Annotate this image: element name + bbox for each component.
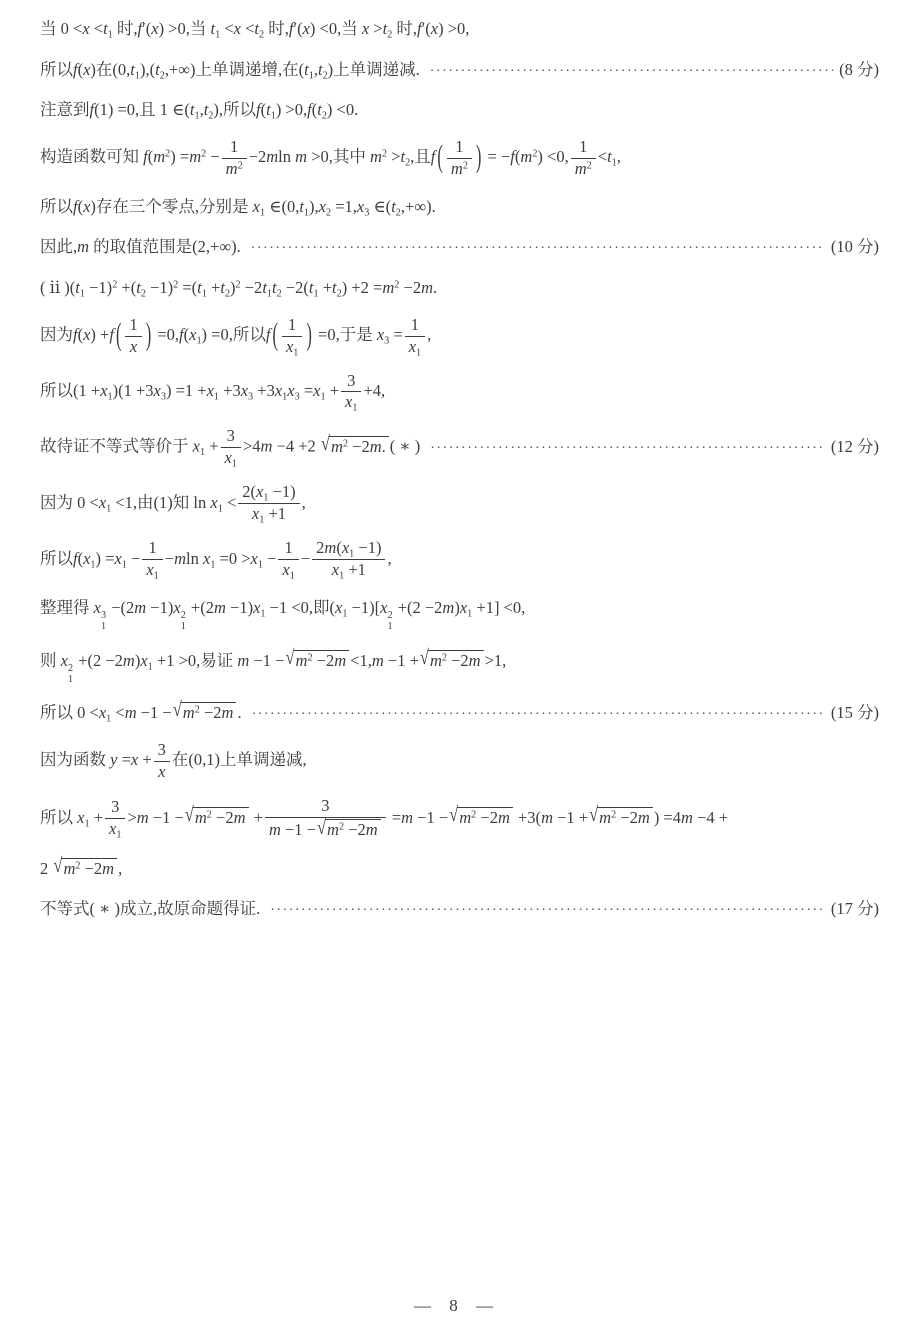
math-text: 因为f(x) +f(1x) =0,f(x1) =0,所以f(1x1) =0,于是…	[40, 325, 431, 344]
dotted-leader: ········································…	[430, 61, 833, 83]
score-label: (12 分)	[831, 434, 879, 460]
math-text: 所以f(x)在(0,t1),(t2,+∞)上单调递增,在(t1,t2)上单调递减…	[40, 57, 420, 83]
math-text: 因此,m 的取值范围是(2,+∞).	[40, 234, 241, 260]
math-line: 2 √m2 −2m,	[40, 856, 879, 882]
math-line: 所以 x1 +3x1>m −1 −√m2 −2m +3m −1 −√m2 −2m…	[40, 797, 879, 841]
page-number: — 8 —	[0, 1296, 907, 1316]
math-line: 则 x21 +(2 −2m)x1 +1 >0,易证 m −1 −√m2 −2m<…	[40, 648, 879, 686]
dotted-leader: ········································…	[252, 704, 825, 726]
math-text: 所以 0 <x1 <m −1 −√m2 −2m.	[40, 700, 242, 726]
math-text: 构造函数可知 f(m2) =m2 −1m2−2mln m >0,其中 m2 >t…	[40, 147, 621, 166]
solution-page: 当 0 <x <t1 时,f′(x) >0,当 t1 <x <t2 时,f′(x…	[0, 0, 907, 922]
math-text: 因为函数 y =x +3x在(0,1)上单调递减,	[40, 750, 307, 769]
math-line: 因为f(x) +f(1x) =0,f(x1) =0,所以f(1x1) =0,于是…	[40, 316, 879, 357]
math-line: 整理得 x31 −(2m −1)x21 +(2m −1)x1 −1 <0,即(x…	[40, 595, 879, 633]
dotted-leader: ········································…	[270, 900, 825, 922]
math-line: 因为函数 y =x +3x在(0,1)上单调递减,	[40, 741, 879, 782]
math-text: ( ⅱ )(t1 −1)2 +(t2 −1)2 =(t1 +t2)2 −2t1t…	[40, 278, 437, 297]
math-line: 因为 0 <x1 <1,由(1)知 ln x1 <2(x1 −1)x1 +1,	[40, 483, 879, 524]
math-text: 所以f(x1) =x1 −1x1−mln x1 =0 >x1 −1x1−2m(x…	[40, 549, 392, 568]
score-label: (10 分)	[831, 234, 879, 260]
score-label: (8 分)	[839, 57, 879, 83]
math-line: ( ⅱ )(t1 −1)2 +(t2 −1)2 =(t1 +t2)2 −2t1t…	[40, 275, 879, 301]
dotted-leader: ········································…	[430, 438, 825, 460]
math-text: 故待证不等式等价于 x1 +3x1>4m −4 +2 √m2 −2m.( ∗ )	[40, 427, 420, 468]
math-line: 所以f(x1) =x1 −1x1−mln x1 =0 >x1 −1x1−2m(x…	[40, 539, 879, 580]
math-line: 所以f(x)在(0,t1),(t2,+∞)上单调递增,在(t1,t2)上单调递减…	[40, 57, 879, 83]
dotted-leader: ········································…	[251, 238, 825, 260]
math-text: 所以 x1 +3x1>m −1 −√m2 −2m +3m −1 −√m2 −2m…	[40, 808, 728, 827]
math-text: 注意到f(1) =0,且 1 ∈(t1,t2),所以f(t1) >0,f(t2)…	[40, 100, 358, 119]
math-line: 不等式( ∗ )成立,故原命题得证. ·····················…	[40, 896, 879, 922]
math-line: 注意到f(1) =0,且 1 ∈(t1,t2),所以f(t1) >0,f(t2)…	[40, 97, 879, 123]
math-line: 当 0 <x <t1 时,f′(x) >0,当 t1 <x <t2 时,f′(x…	[40, 16, 879, 42]
math-line: 构造函数可知 f(m2) =m2 −1m2−2mln m >0,其中 m2 >t…	[40, 138, 879, 179]
score-label: (17 分)	[831, 896, 879, 922]
score-label: (15 分)	[831, 700, 879, 726]
math-text: 所以f(x)存在三个零点,分别是 x1 ∈(0,t1),x2 =1,x3 ∈(t…	[40, 197, 436, 216]
math-text: 当 0 <x <t1 时,f′(x) >0,当 t1 <x <t2 时,f′(x…	[40, 19, 469, 38]
math-text: 则 x21 +(2 −2m)x1 +1 >0,易证 m −1 −√m2 −2m<…	[40, 651, 506, 670]
math-text: 不等式( ∗ )成立,故原命题得证.	[40, 896, 260, 922]
math-line: 所以 0 <x1 <m −1 −√m2 −2m. ···············…	[40, 700, 879, 726]
math-text: 所以(1 +x1)(1 +3x3) =1 +x1 +3x3 +3x1x3 =x1…	[40, 381, 385, 400]
math-text: 因为 0 <x1 <1,由(1)知 ln x1 <2(x1 −1)x1 +1,	[40, 493, 306, 512]
math-line: 故待证不等式等价于 x1 +3x1>4m −4 +2 √m2 −2m.( ∗ )…	[40, 427, 879, 468]
math-text: 2 √m2 −2m,	[40, 859, 122, 878]
math-line: 所以f(x)存在三个零点,分别是 x1 ∈(0,t1),x2 =1,x3 ∈(t…	[40, 194, 879, 220]
math-line: 因此,m 的取值范围是(2,+∞). ·····················…	[40, 234, 879, 260]
math-line: 所以(1 +x1)(1 +3x3) =1 +x1 +3x3 +3x1x3 =x1…	[40, 372, 879, 413]
math-text: 整理得 x31 −(2m −1)x21 +(2m −1)x1 −1 <0,即(x…	[40, 598, 525, 617]
